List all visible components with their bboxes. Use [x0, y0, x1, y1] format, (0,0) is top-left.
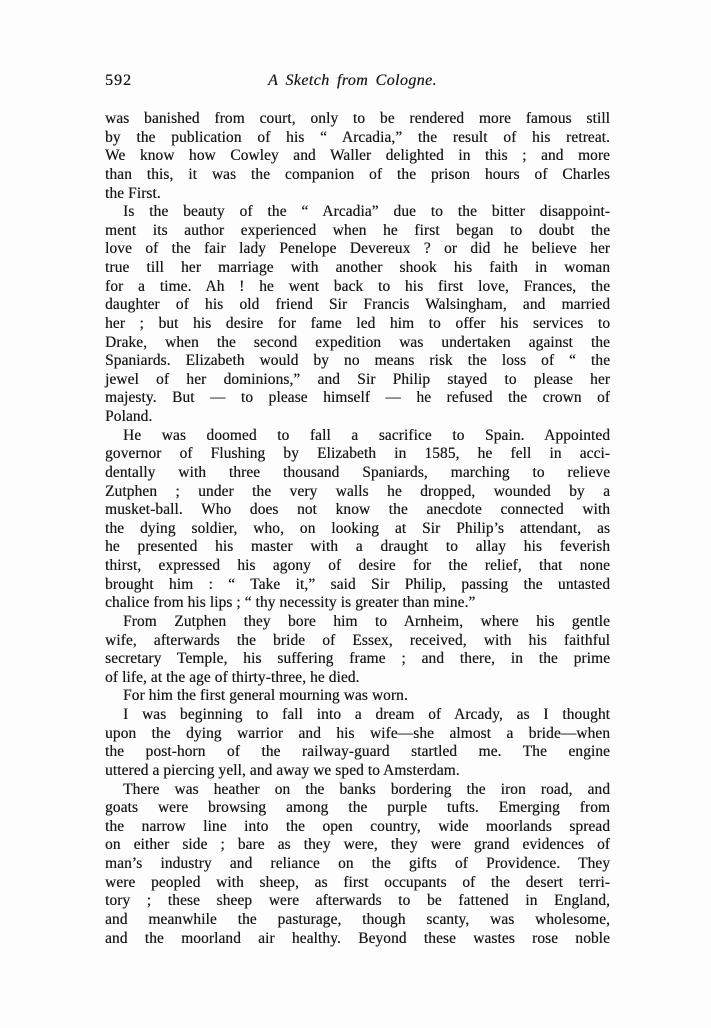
text-line: thirst, expressed his agony of desire fo… — [105, 557, 610, 576]
text-line: the dying soldier, who, on looking at Si… — [105, 520, 610, 539]
text-line: man’s industry and reliance on the gifts… — [105, 855, 610, 874]
text-line: ment its author experienced when he firs… — [105, 222, 610, 241]
text-line: were peopled with sheep, as first occupa… — [105, 874, 610, 893]
text-line: brought him : “ Take it,” said Sir Phili… — [105, 576, 610, 595]
text-line: jewel of her dominions,” and Sir Philip … — [105, 371, 610, 390]
text-line: the post-horn of the railway-guard start… — [105, 743, 610, 762]
text-line: There was heather on the banks bordering… — [105, 781, 610, 800]
text-line: daughter of his old friend Sir Francis W… — [105, 296, 610, 315]
book-page: 592 A Sketch from Cologne. was banished … — [0, 0, 711, 1028]
text-line: dentally with three thousand Spaniards, … — [105, 464, 610, 483]
text-line: chalice from his lips ; “ thy necessity … — [105, 594, 610, 613]
text-line: I was beginning to fall into a dream of … — [105, 706, 610, 725]
text-line: wife, afterwards the bride of Essex, rec… — [105, 632, 610, 651]
text-line: Poland. — [105, 408, 610, 427]
page-header: 592 A Sketch from Cologne. — [105, 72, 610, 94]
text-line: Drake, when the second expedition was un… — [105, 334, 610, 353]
text-line: majesty. But — to please himself — he re… — [105, 389, 610, 408]
text-line: He was doomed to fall a sacrifice to Spa… — [105, 427, 610, 446]
text-line: goats were browsing among the purple tuf… — [105, 799, 610, 818]
text-line: tory ; these sheep were afterwards to be… — [105, 892, 610, 911]
text-line: upon the dying warrior and his wife—she … — [105, 725, 610, 744]
text-line: and the moorland air healthy. Beyond the… — [105, 930, 610, 949]
text-line: for a time. Ah ! he went back to his fir… — [105, 278, 610, 297]
text-line: on either side ; bare as they were, they… — [105, 836, 610, 855]
text-line: and meanwhile the pasturage, though scan… — [105, 911, 610, 930]
text-line: of life, at the age of thirty-three, he … — [105, 669, 610, 688]
text-line: than this, it was the companion of the p… — [105, 166, 610, 185]
text-line: was banished from court, only to be rend… — [105, 110, 610, 129]
text-line: by the publication of his “ Arcadia,” th… — [105, 129, 610, 148]
text-line: true till her marriage with another shoo… — [105, 259, 610, 278]
text-line: We know how Cowley and Waller delighted … — [105, 147, 610, 166]
text-line: uttered a piercing yell, and away we spe… — [105, 762, 610, 781]
text-line: Spaniards. Elizabeth would by no means r… — [105, 352, 610, 371]
text-line: For him the first general mourning was w… — [105, 687, 610, 706]
text-line: governor of Flushing by Elizabeth in 158… — [105, 445, 610, 464]
text-line: Zutphen ; under the very walls he droppe… — [105, 483, 610, 502]
text-line: love of the fair lady Penelope Devereux … — [105, 240, 610, 259]
page-body: was banished from court, only to be rend… — [105, 110, 610, 948]
text-line: the First. — [105, 185, 610, 204]
text-line: her ; but his desire for fame led him to… — [105, 315, 610, 334]
text-line: Is the beauty of the “ Arcadia” due to t… — [105, 203, 610, 222]
text-line: secretary Temple, his suffering frame ; … — [105, 650, 610, 669]
running-title: A Sketch from Cologne. — [105, 72, 600, 90]
text-line: he presented his master with a draught t… — [105, 538, 610, 557]
text-line: the narrow line into the open country, w… — [105, 818, 610, 837]
text-line: From Zutphen they bore him to Arnheim, w… — [105, 613, 610, 632]
text-line: musket-ball. Who does not know the anecd… — [105, 501, 610, 520]
